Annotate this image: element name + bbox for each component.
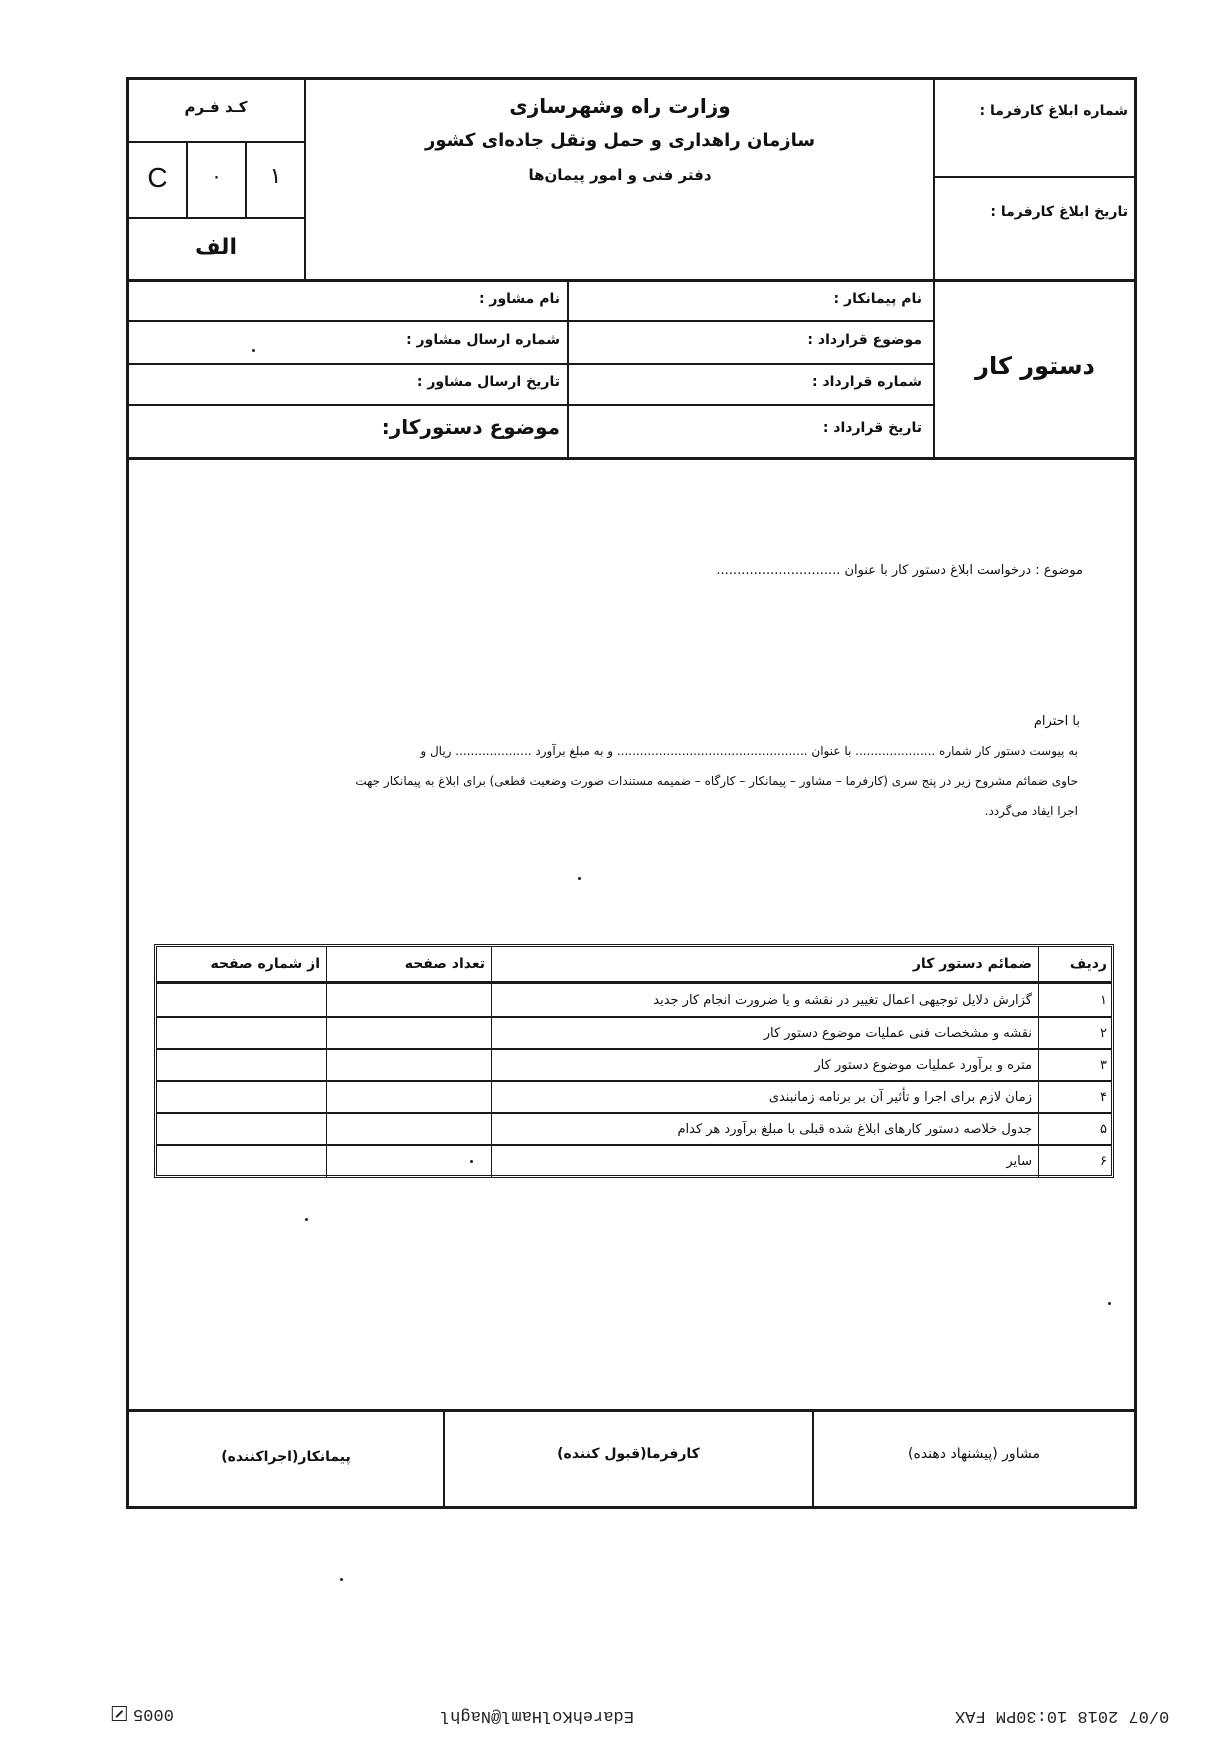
form-code-divider-h1 bbox=[127, 141, 305, 143]
table-row-1-from-page[interactable] bbox=[160, 987, 326, 1015]
letter-paragraph-line-3: اجرا ایفاد می‌گردد. bbox=[985, 804, 1078, 818]
signature-contractor: پیمانکار(اجراکننده) bbox=[129, 1449, 443, 1465]
table-row-2-from-page[interactable] bbox=[160, 1020, 326, 1048]
letter-salutation: با احترام bbox=[1034, 714, 1080, 729]
contract-date-label: تاریخ قرارداد : bbox=[823, 420, 922, 436]
doc-type-title: دستور کار bbox=[935, 352, 1135, 380]
signature-consultant: مشاور (پیشنهاد دهنده) bbox=[814, 1446, 1134, 1462]
organization-title: سازمان راهداری و حمل ونقل جاده‌ای کشور bbox=[306, 130, 934, 151]
employer-notice-date-label: تاریخ ابلاغ کارفرما : bbox=[990, 204, 1128, 220]
fax-page-icon bbox=[112, 1706, 127, 1721]
table-row-4-from-page[interactable] bbox=[160, 1084, 326, 1112]
table-header-page-count: تعداد صفحه bbox=[327, 946, 491, 982]
form-code-cell-2: ۰ bbox=[188, 164, 245, 188]
table-header-row: ردیف bbox=[1039, 946, 1113, 982]
employer-notice-date-field[interactable] bbox=[940, 236, 1134, 264]
contractor-name-label: نام پیمانکار : bbox=[834, 291, 922, 307]
frame-bottom bbox=[127, 1506, 1137, 1509]
form-code-series: الف bbox=[127, 235, 305, 260]
contract-number-field[interactable] bbox=[575, 371, 799, 399]
table-row-3-number: ۳ bbox=[1039, 1050, 1113, 1080]
scan-speck bbox=[340, 1578, 343, 1581]
signature-top-line bbox=[127, 1409, 1135, 1412]
letter-paragraph-line-1: به پیوست دستور کار شماره ...............… bbox=[420, 744, 1078, 758]
table-row-1-number: ۱ bbox=[1039, 984, 1113, 1016]
form-code-cell-3: ۱ bbox=[247, 164, 304, 189]
table-header-attachment: ضمائم دستور کار bbox=[492, 946, 1038, 982]
employer-notice-divider bbox=[934, 176, 1135, 178]
info-bottom-line bbox=[127, 457, 1135, 460]
table-row-1-page-count[interactable] bbox=[330, 987, 492, 1015]
contract-subject-field[interactable] bbox=[575, 329, 799, 357]
table-row-4-attachment: زمان لازم برای اجرا و تأثیر آن بر برنامه… bbox=[492, 1082, 1038, 1112]
contract-date-field[interactable] bbox=[575, 418, 799, 446]
info-row-line-2 bbox=[127, 363, 934, 365]
contractor-name-field[interactable] bbox=[575, 288, 819, 316]
table-row-2-number: ۲ bbox=[1039, 1018, 1113, 1048]
consultant-send-date-label: تاریخ ارسال مشاور : bbox=[417, 374, 560, 390]
employer-notice-number-label: شماره ابلاغ کارفرما : bbox=[980, 103, 1128, 119]
table-row-4-number: ۴ bbox=[1039, 1082, 1113, 1112]
frame-right bbox=[1134, 77, 1137, 1509]
info-middle-divider bbox=[567, 281, 569, 459]
header-bottom-line bbox=[127, 279, 1135, 282]
info-row-line-3 bbox=[127, 404, 934, 406]
table-row-5-number: ۵ bbox=[1039, 1114, 1113, 1144]
contract-subject-label: موضوع قرارداد : bbox=[807, 332, 922, 348]
consultant-send-number-field[interactable] bbox=[135, 329, 379, 357]
work-order-subject-field[interactable] bbox=[135, 418, 369, 446]
consultant-name-label: نام مشاور : bbox=[479, 291, 560, 307]
table-row-6-attachment: سایر bbox=[492, 1146, 1038, 1176]
table-row-3-from-page[interactable] bbox=[160, 1052, 326, 1080]
consultant-name-field[interactable] bbox=[135, 288, 429, 316]
ministry-title: وزارت راه وشهرسازی bbox=[306, 94, 934, 118]
info-row-line-1 bbox=[127, 320, 934, 322]
table-row-5-from-page[interactable] bbox=[160, 1116, 326, 1144]
form-code-label: کـد فـرم bbox=[127, 98, 305, 116]
office-title: دفتر فنی و امور پیمان‌ها bbox=[306, 166, 934, 184]
table-row-1-attachment: گزارش دلایل توجیهی اعمال تغییر در نقشه و… bbox=[492, 984, 1038, 1016]
table-header-from-page: از شماره صفحه bbox=[157, 946, 326, 982]
scan-speck bbox=[305, 1218, 308, 1221]
fax-page-number: 0005 bbox=[133, 1704, 174, 1723]
table-row-6-page-count[interactable] bbox=[330, 1148, 492, 1176]
table-row-6-number: ۶ bbox=[1039, 1146, 1113, 1176]
header-right-divider bbox=[933, 78, 935, 460]
employer-notice-number-field[interactable] bbox=[940, 140, 1134, 168]
consultant-send-date-field[interactable] bbox=[135, 371, 379, 399]
table-row-6-from-page[interactable] bbox=[160, 1148, 326, 1176]
form-code-cell-1: C bbox=[129, 162, 186, 194]
form-code-divider-h2 bbox=[127, 217, 305, 219]
scan-speck bbox=[1108, 1302, 1111, 1305]
table-row-5-attachment: جدول خلاصه دستور کارهای ابلاغ شده قبلی ب… bbox=[492, 1114, 1038, 1144]
table-row-2-page-count[interactable] bbox=[330, 1020, 492, 1048]
table-row-2-attachment: نقشه و مشخصات فنی عملیات موضوع دستور کار bbox=[492, 1018, 1038, 1048]
consultant-send-number-label: شماره ارسال مشاور : bbox=[406, 332, 560, 348]
signature-employer: کارفرما(قبول کننده) bbox=[445, 1446, 812, 1462]
table-row-4-page-count[interactable] bbox=[330, 1084, 492, 1112]
letter-paragraph-line-2: حاوی ضمائم مشروح زیر در پنج سری (کارفرما… bbox=[355, 774, 1078, 788]
scan-speck bbox=[578, 877, 581, 880]
fax-sender: EdarehKolHaml@Naghl bbox=[440, 1706, 634, 1725]
table-row-3-page-count[interactable] bbox=[330, 1052, 492, 1080]
scan-speck bbox=[470, 1160, 473, 1163]
frame-left bbox=[126, 77, 129, 1509]
fax-datetime: 0/07 2018 10:30PM FAX bbox=[955, 1706, 1169, 1725]
fax-page-group: 0005 bbox=[112, 1704, 174, 1723]
contract-number-label: شماره قرارداد : bbox=[812, 374, 922, 390]
work-order-subject-label: موضوع دستورکار: bbox=[382, 415, 560, 439]
scan-speck bbox=[252, 349, 255, 352]
frame-top bbox=[127, 77, 1137, 80]
table-row-3-attachment: متره و برآورد عملیات موضوع دستور کار bbox=[492, 1050, 1038, 1080]
letter-subject-line: موضوع : درخواست ابلاغ دستور کار با عنوان… bbox=[716, 563, 1083, 578]
table-row-5-page-count[interactable] bbox=[330, 1116, 492, 1144]
